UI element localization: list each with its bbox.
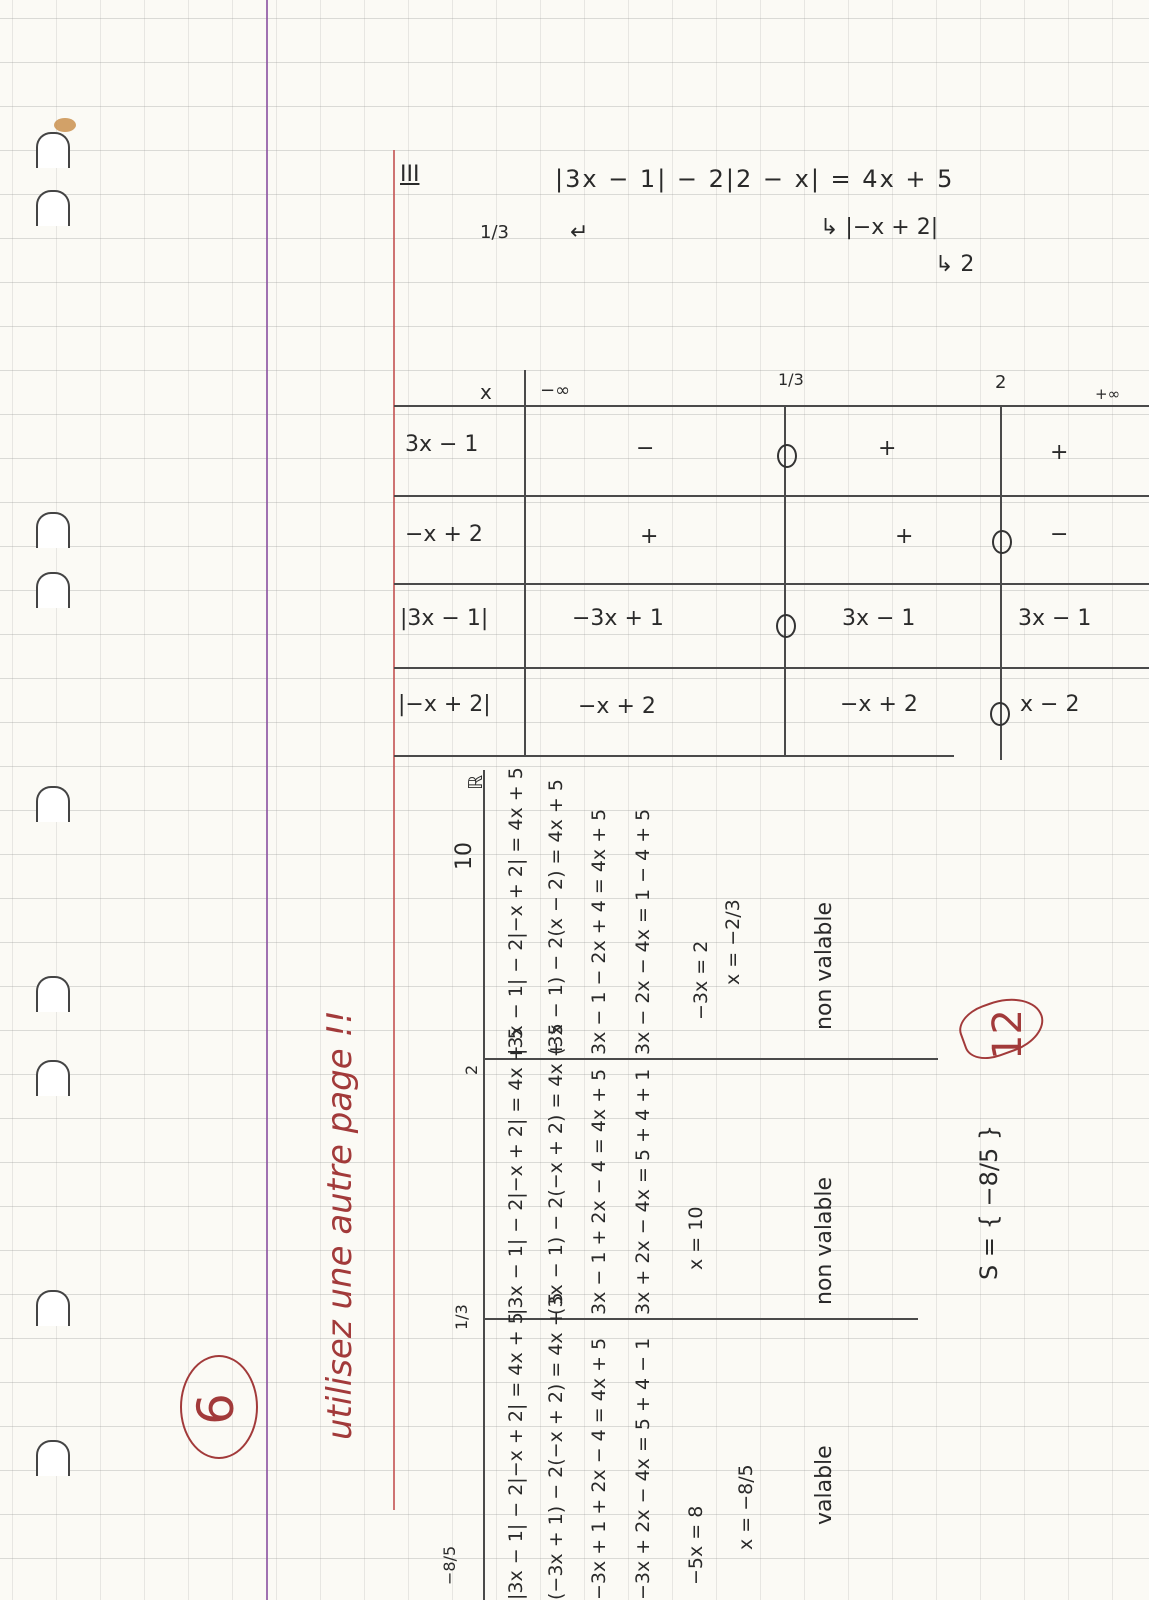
- table-rule: [524, 370, 526, 755]
- zero-mark: [777, 444, 797, 468]
- number-line: [483, 770, 485, 1600]
- case-line: x = −8/5: [735, 1464, 757, 1550]
- verdict: valable: [812, 1445, 837, 1525]
- row-label: |−x + 2|: [398, 692, 491, 717]
- rewrite-abs: ↳ |−x + 2|: [820, 215, 938, 240]
- binder-hole: [36, 132, 70, 168]
- case-line: −5x = 8: [685, 1506, 707, 1585]
- binder-hole: [36, 976, 70, 1012]
- table-rule: [394, 495, 1149, 497]
- root-one-third: 1/3: [480, 222, 509, 243]
- case-line: 3x − 2x − 4x = 1 − 4 + 5: [632, 809, 654, 1055]
- x-label: x: [480, 380, 492, 404]
- expr-cell: 3x − 1: [1018, 606, 1091, 631]
- case-line: −3x + 2x − 4x = 5 + 4 − 1: [632, 1338, 654, 1600]
- expr-cell: −3x + 1: [572, 606, 664, 631]
- axis-label: ℝ: [465, 775, 487, 790]
- table-rule: [394, 405, 1149, 407]
- stain-mark: [54, 118, 76, 132]
- binder-hole: [36, 190, 70, 226]
- binder-hole: [36, 572, 70, 608]
- case-line: (3x − 1) − 2(x − 2) = 4x + 5: [545, 779, 567, 1055]
- sign-cell: −: [1050, 522, 1068, 547]
- sign-cell: −: [636, 436, 654, 461]
- solution-set: S = { −8/5 }: [975, 1125, 1003, 1280]
- exercise-number: III: [400, 162, 419, 187]
- root-two: ↳ 2: [935, 252, 974, 277]
- expr-cell: −x + 2: [840, 692, 918, 717]
- sign-cell: +: [1050, 440, 1068, 465]
- sign-cell: +: [640, 524, 658, 549]
- score-value: 12: [985, 1009, 1031, 1060]
- case-line: x = −2/3: [722, 899, 744, 985]
- table-rule: [394, 755, 954, 757]
- zero-mark: [776, 614, 796, 638]
- axis-mark: 1/3: [452, 1304, 471, 1330]
- one-third-mark: 1/3: [778, 370, 804, 389]
- table-rule: [394, 667, 1149, 669]
- case-line: 3x − 1 − 2x + 4 = 4x + 5: [588, 809, 610, 1055]
- expr-cell: 3x − 1: [842, 606, 915, 631]
- row-label: |3x − 1|: [400, 606, 488, 631]
- red-margin-line: [393, 150, 395, 1510]
- binder-hole: [36, 512, 70, 548]
- sign-cell: +: [878, 436, 896, 461]
- zero-mark: [992, 530, 1012, 554]
- case-line: (3x − 1) − 2(−x + 2) = 4x + 5: [545, 1023, 567, 1315]
- case-line: x = 10: [685, 1207, 707, 1270]
- expr-cell: x − 2: [1020, 692, 1079, 717]
- case-line: |3x − 1| − 2|−x + 2| = 4x + 5: [505, 1027, 527, 1315]
- verdict: non valable: [812, 1177, 837, 1305]
- verdict: non valable: [812, 902, 837, 1030]
- plus-infinity: +∞: [1095, 385, 1120, 403]
- axis-mark: 10: [452, 842, 477, 870]
- case-line: |3x − 1| − 2|−x + 2| = 4x + 5: [505, 767, 527, 1055]
- row-label: −x + 2: [405, 522, 483, 547]
- binder-hole: [36, 1290, 70, 1326]
- expr-cell: −x + 2: [578, 694, 656, 719]
- axis-mark: 2: [462, 1065, 481, 1075]
- table-rule: [394, 583, 1149, 585]
- margin-line: [266, 0, 268, 1600]
- equation: |3x − 1| − 2|2 − x| = 4x + 5: [555, 165, 954, 193]
- binder-hole: [36, 1440, 70, 1476]
- grade: 6: [187, 1393, 245, 1425]
- case-line: |3x − 1| − 2|−x + 2| = 4x + 5: [505, 1312, 527, 1600]
- case-line: −3x = 2: [690, 941, 712, 1020]
- binder-hole: [36, 1060, 70, 1096]
- axis-mark: −8/5: [440, 1546, 459, 1585]
- two-mark: 2: [995, 372, 1006, 393]
- case-line: −3x + 1 + 2x − 4 = 4x + 5: [588, 1338, 610, 1600]
- teacher-comment: utilisez une autre page !!: [320, 1010, 360, 1440]
- case-line: 3x + 2x − 4x = 5 + 4 + 1: [632, 1069, 654, 1315]
- sign-cell: +: [895, 524, 913, 549]
- arrow-icon: ↵: [570, 220, 588, 245]
- case-line: 3x − 1 + 2x − 4 = 4x + 5: [588, 1069, 610, 1315]
- case-line: (−3x + 1) − 2(−x + 2) = 4x + 5: [545, 1292, 567, 1600]
- row-label: 3x − 1: [405, 432, 478, 457]
- minus-infinity: −∞: [540, 380, 570, 401]
- zero-mark: [990, 702, 1010, 726]
- binder-hole: [36, 786, 70, 822]
